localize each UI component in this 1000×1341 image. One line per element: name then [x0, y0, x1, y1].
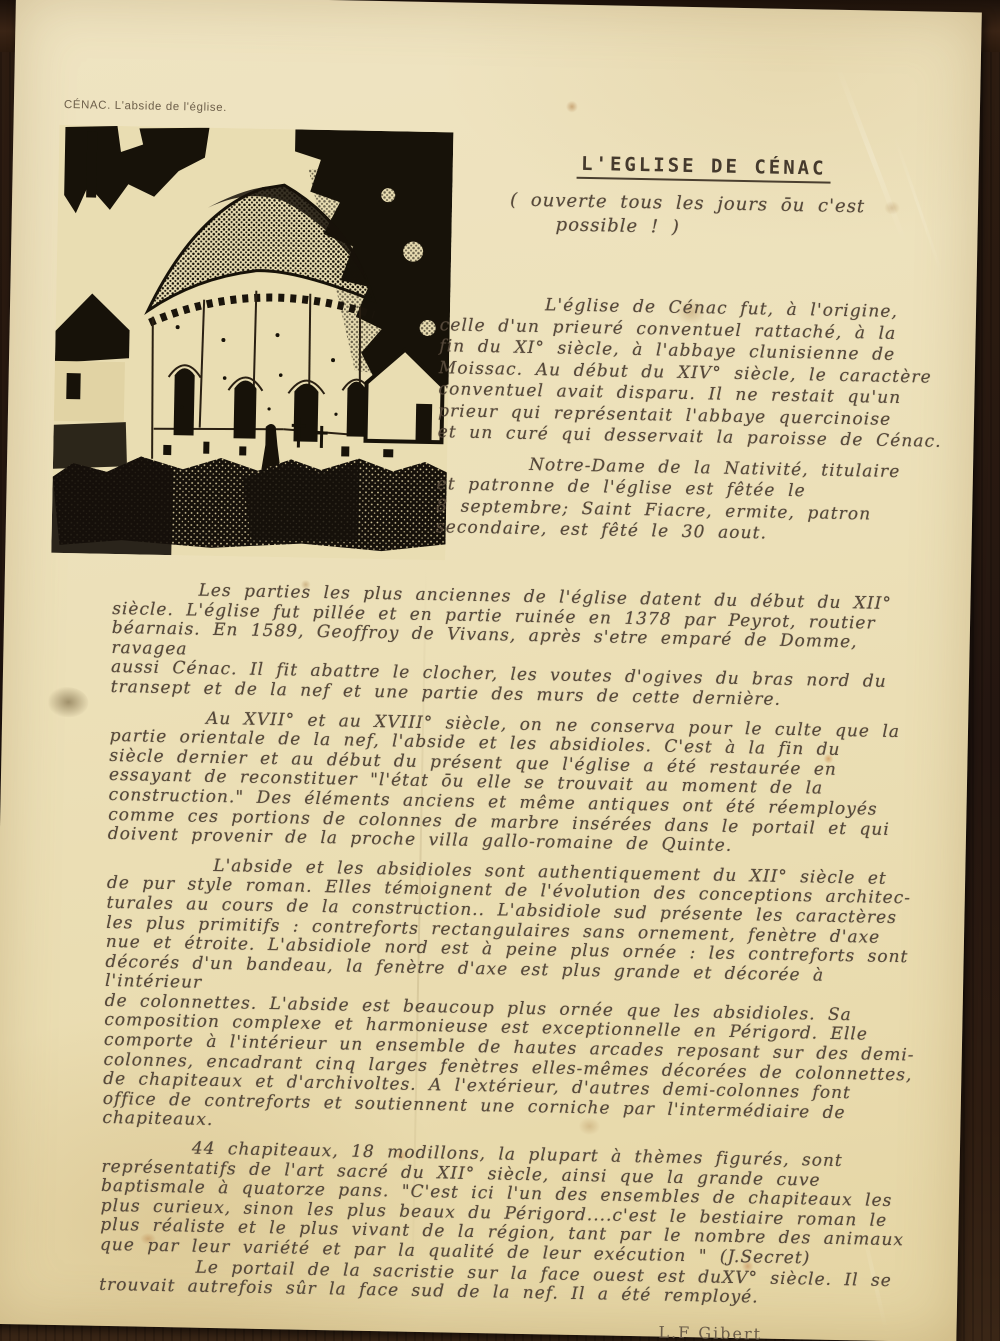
paragraph-restoration: Au XVII° et au XVIII° siècle, on ne cons…: [108, 708, 932, 861]
paragraph-origin: L'église de Cénac fut, à l'origine, cell…: [437, 293, 962, 453]
photo-caption: CÉNAC. L'abside de l'église.: [64, 99, 227, 114]
church-apse-photo: [51, 125, 453, 560]
stain: [566, 101, 578, 113]
paragraph-history: Les parties les plus anciennes de l'égli…: [111, 580, 935, 713]
intro-column: L'EGLISE DE CÉNAC ( ouverte tous les jou…: [436, 150, 965, 548]
main-text-block: Les parties les plus anciennes de l'égli…: [98, 580, 934, 1341]
document-title: L'EGLISE DE CÉNAC: [443, 150, 965, 182]
document-paper: CÉNAC. L'abside de l'église.: [0, 0, 982, 1341]
paragraph-architecture: L'abside et les absidioles sont authenti…: [102, 855, 929, 1145]
stain: [48, 687, 89, 718]
paragraph-capitals: 44 chapiteaux, 18 modillons, la plupart …: [100, 1138, 924, 1271]
author-signature: L.F Gibert: [658, 1322, 920, 1341]
document-subtitle: ( ouverte tous les jours ōu c'est possib…: [509, 189, 964, 246]
paragraph-patrons: Notre-Dame de la Nativité, titulaire et …: [436, 453, 960, 549]
